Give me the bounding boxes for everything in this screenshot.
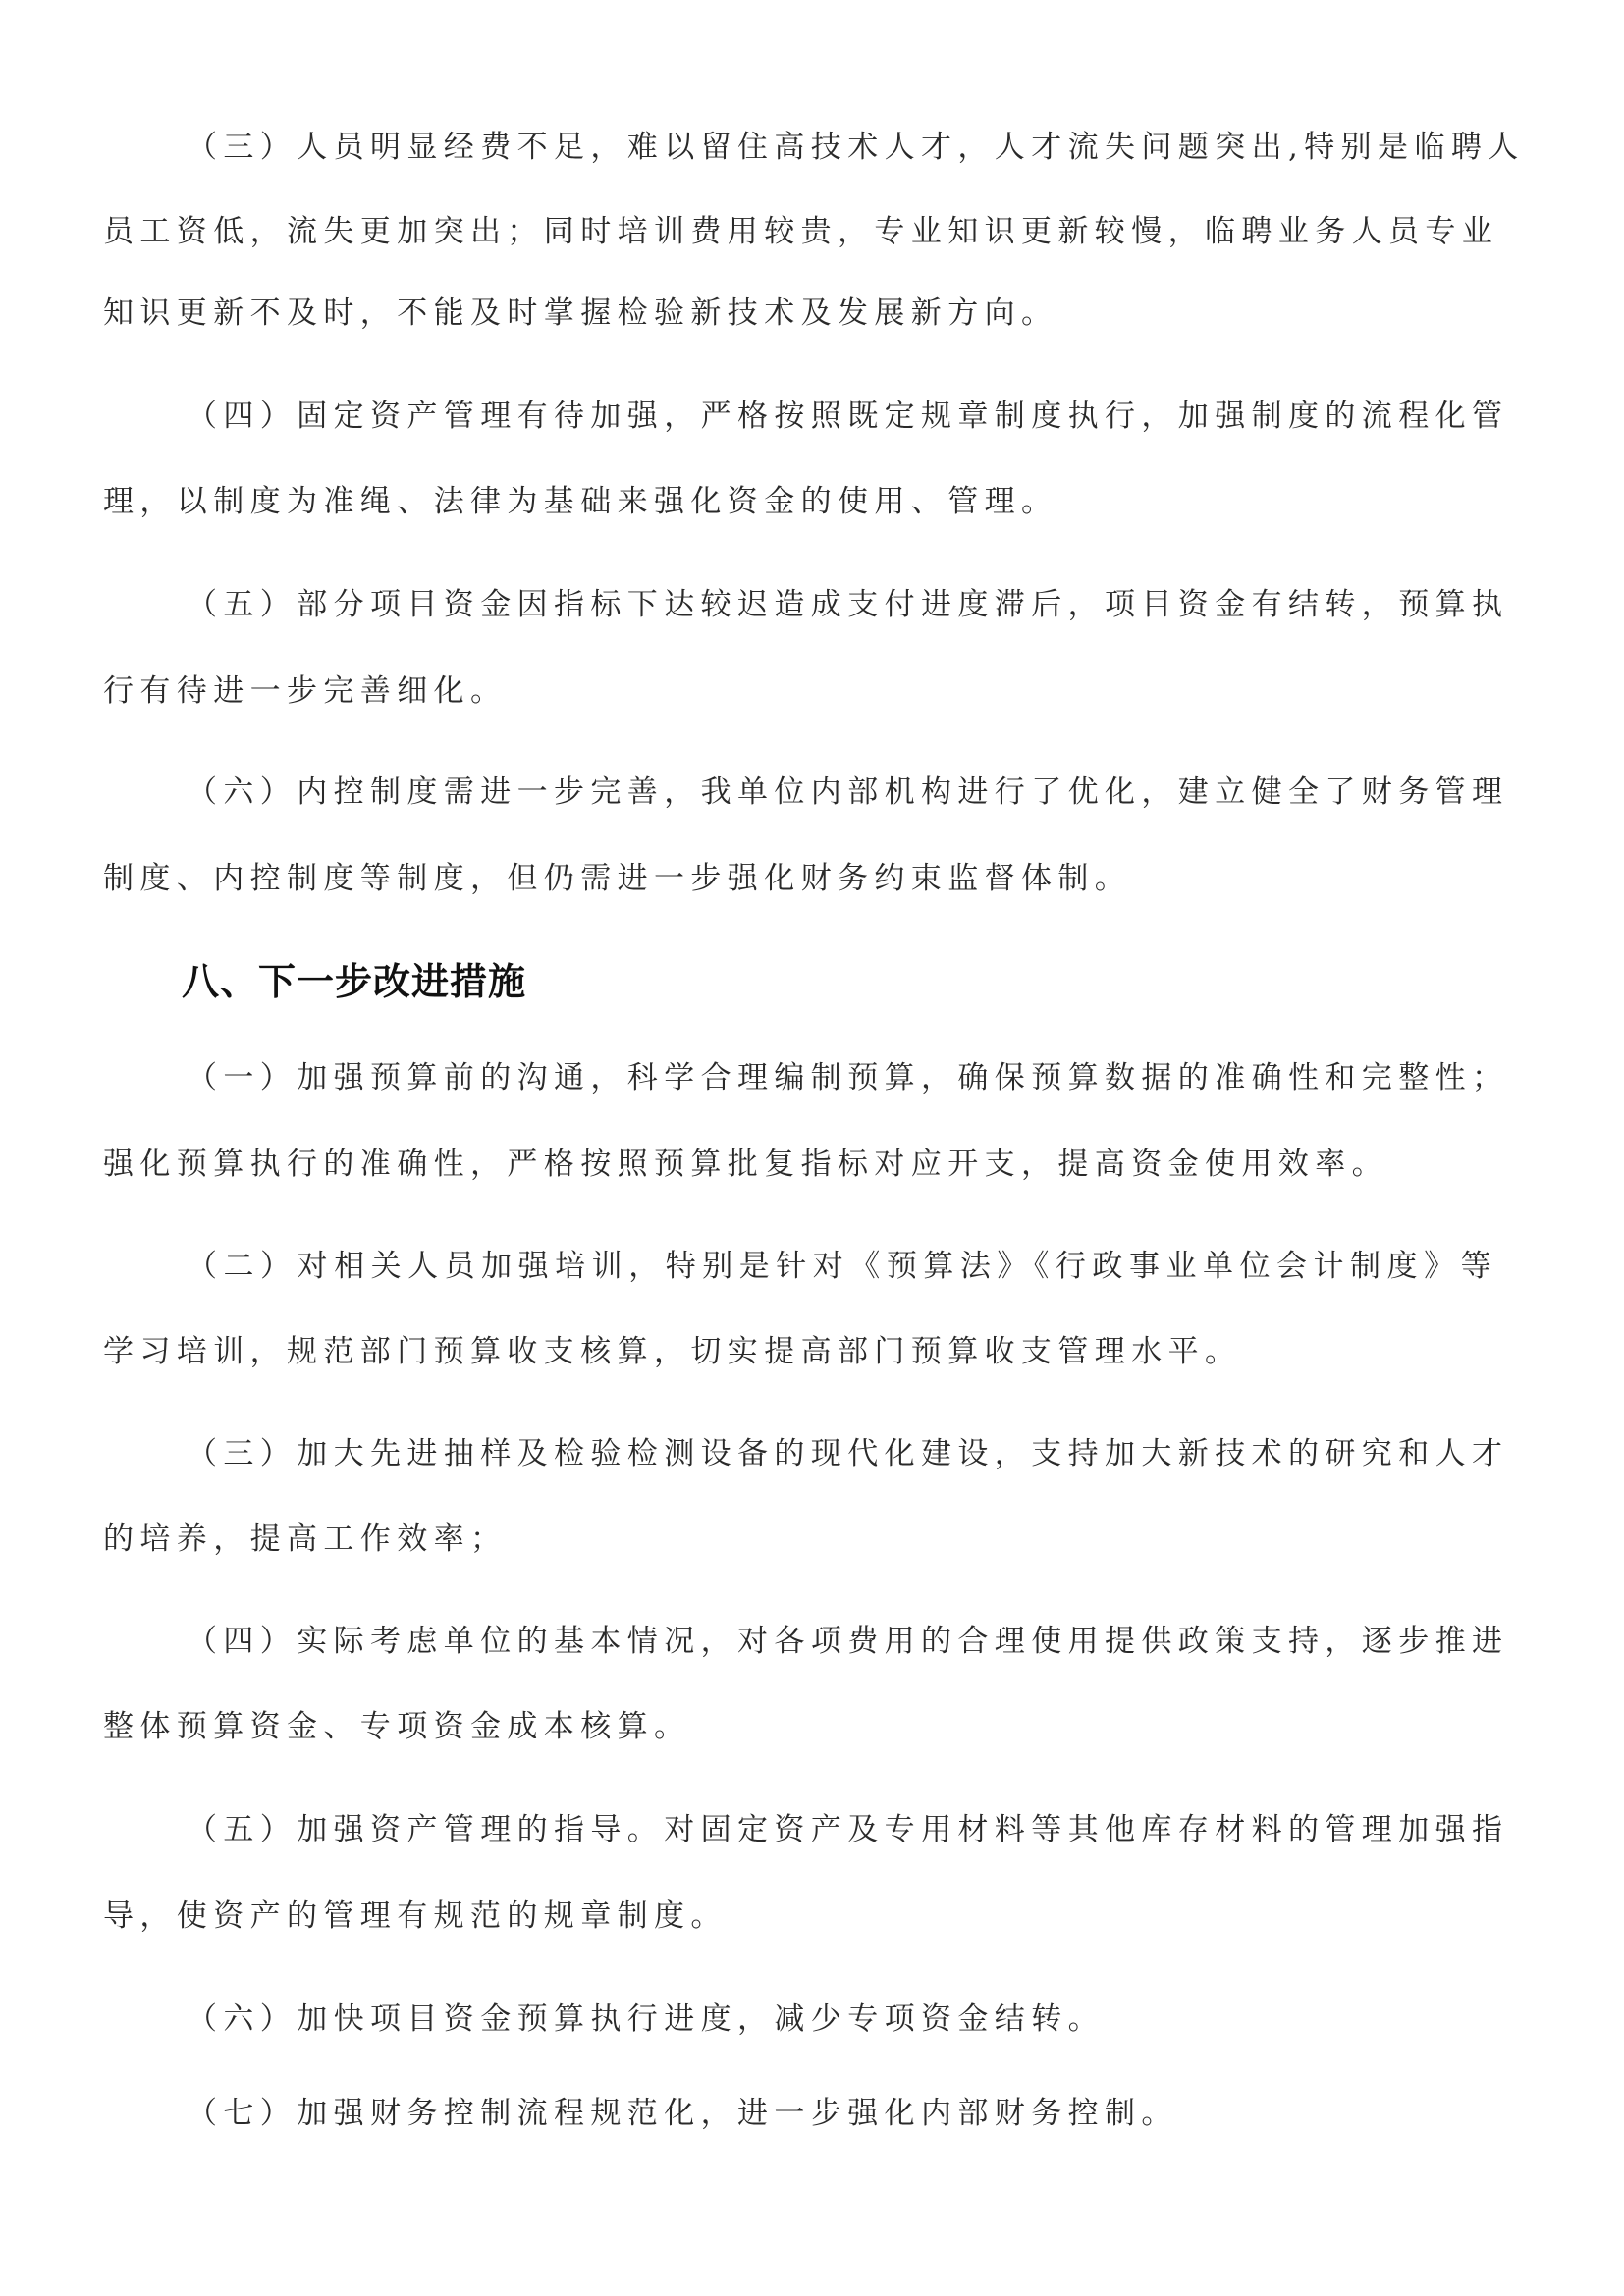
paragraph-line: 的培养，提高工作效率； <box>103 1518 1497 1561</box>
paragraph-line: 员工资低，流失更加突出；同时培训费用较贵，专业知识更新较慢，临聘业务人员专业 <box>103 210 1497 253</box>
document-page: （三）人员明显经费不足，难以留住高技术人才，人才流失问题突出,特别是临聘人 员工… <box>0 0 1624 2296</box>
paragraph-line: （五）加强资产管理的指导。对固定资产及专用材料等其他库存材料的管理加强指 <box>187 1808 1497 1851</box>
paragraph-line: 行有待进一步完善细化。 <box>103 669 1497 713</box>
paragraph-line: （三）加大先进抽样及检验检测设备的现代化建设，支持加大新技术的研究和人才 <box>187 1432 1497 1475</box>
paragraph-line: （七）加强财务控制流程规范化，进一步强化内部财务控制。 <box>187 2092 1497 2135</box>
paragraph-line: （一）加强预算前的沟通，科学合理编制预算，确保预算数据的准确性和完整性； <box>187 1056 1497 1099</box>
paragraph-line: （六）加快项目资金预算执行进度，减少专项资金结转。 <box>187 1998 1497 2041</box>
paragraph-line: （六）内控制度需进一步完善，我单位内部机构进行了优化，建立健全了财务管理 <box>187 771 1497 814</box>
paragraph-line: 导，使资产的管理有规范的规章制度。 <box>103 1895 1497 1938</box>
paragraph-line: （三）人员明显经费不足，难以留住高技术人才，人才流失问题突出,特别是临聘人 <box>187 126 1497 169</box>
paragraph-line: 学习培训，规范部门预算收支核算，切实提高部门预算收支管理水平。 <box>103 1330 1497 1373</box>
paragraph-line: （四）固定资产管理有待加强，严格按照既定规章制度执行，加强制度的流程化管 <box>187 395 1497 438</box>
paragraph-line: （五）部分项目资金因指标下达较迟造成支付进度滞后，项目资金有结转，预算执 <box>187 583 1497 626</box>
paragraph-line: 知识更新不及时，不能及时掌握检验新技术及发展新方向。 <box>103 292 1497 335</box>
paragraph-line: （二）对相关人员加强培训，特别是针对《预算法》《行政事业单位会计制度》等 <box>187 1245 1497 1288</box>
section-heading: 八、下一步改进措施 <box>182 954 526 1009</box>
paragraph-line: 理，以制度为准绳、法律为基础来强化资金的使用、管理。 <box>103 480 1497 523</box>
paragraph-line: 强化预算执行的准确性，严格按照预算批复指标对应开支，提高资金使用效率。 <box>103 1143 1497 1186</box>
paragraph-line: （四）实际考虑单位的基本情况，对各项费用的合理使用提供政策支持，逐步推进 <box>187 1620 1497 1663</box>
paragraph-line: 整体预算资金、专项资金成本核算。 <box>103 1705 1497 1748</box>
paragraph-line: 制度、内控制度等制度，但仍需进一步强化财务约束监督体制。 <box>103 857 1497 900</box>
